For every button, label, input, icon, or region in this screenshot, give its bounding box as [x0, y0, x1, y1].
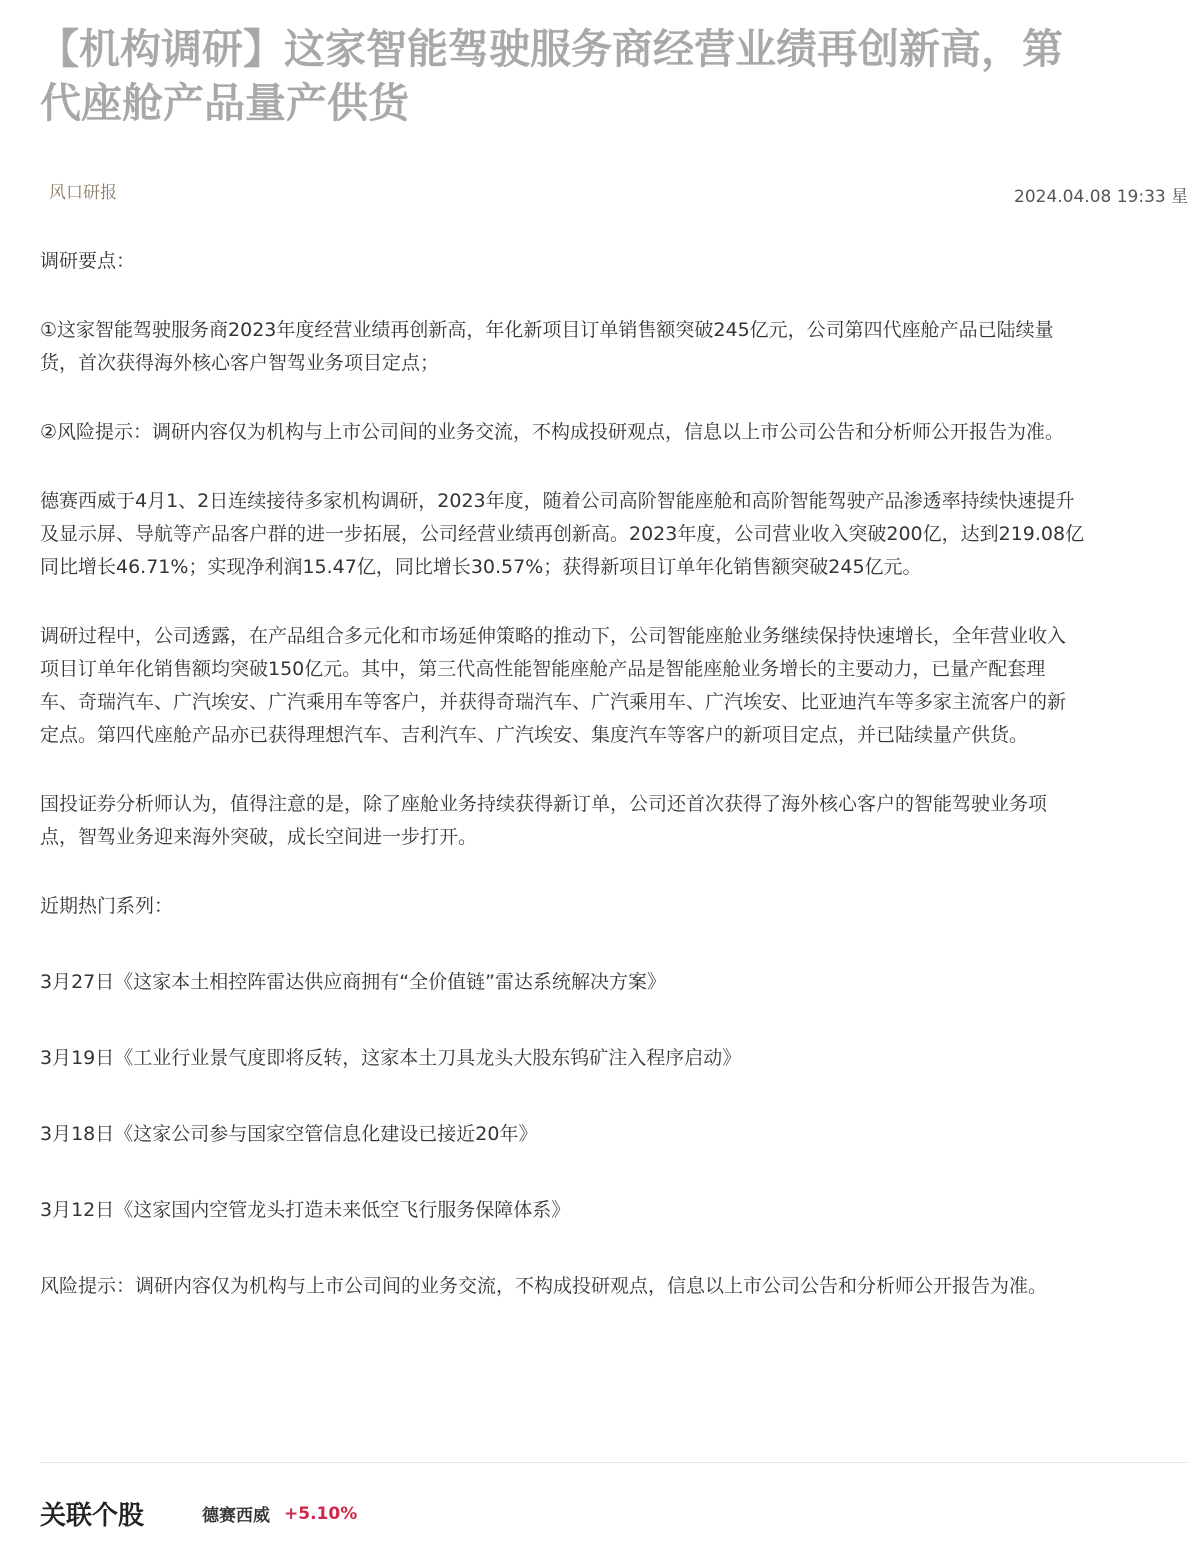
stock-name[interactable]: 德赛西威 [202, 1501, 270, 1526]
risk-notice: 风险提示：调研内容仅为机构与上市公司间的业务交流，不构成投研观点，信息以上市公司… [40, 1270, 1188, 1303]
hot-series-link[interactable]: 3月27日《这家本土相控阵雷达供应商拥有“全价值链”雷达系统解决方案》 [40, 966, 1188, 999]
article-datetime: 2024.04.08 19:33 星期 [1014, 182, 1188, 207]
article-body: 调研要点： ①这家智能驾驶服务商2023年度经营业绩再创新高，年化新项目订单销售… [40, 245, 1188, 1303]
key-points-heading: 调研要点： [40, 245, 1188, 278]
related-stocks: 关联个股 德赛西威 +5.10% [40, 1495, 357, 1532]
article-title: 【机构调研】这家智能驾驶服务商经营业绩再创新高，第 代座舱产品量产供货 [40, 22, 1188, 130]
hot-series-heading: 近期热门系列： [40, 890, 1188, 923]
hot-series-link[interactable]: 3月12日《这家国内空管龙头打造未来低空飞行服务保障体系》 [40, 1194, 1188, 1227]
paragraph-results: 德赛西威于4月1、2日连续接待多家机构调研，2023年度，随着公司高阶智能座舱和… [40, 485, 1188, 584]
paragraph-cockpit: 调研过程中，公司透露，在产品组合多元化和市场延伸策略的推动下，公司智能座舱业务继… [40, 620, 1188, 752]
hot-series-item[interactable]: 3月19日《工业行业景气度即将反转，这家本土刀具龙头大股东钨矿注入程序启动》 [40, 1042, 1188, 1075]
paragraph-analyst: 国投证券分析师认为，值得注意的是，除了座舱业务持续获得新订单，公司还首次获得了海… [40, 788, 1188, 854]
key-point-2: ②风险提示：调研内容仅为机构与上市公司间的业务交流，不构成投研观点，信息以上市公… [40, 416, 1188, 449]
article-title-line: 代座舱产品量产供货 [40, 76, 1188, 130]
related-stocks-heading: 关联个股 [40, 1495, 144, 1532]
section-divider [40, 1462, 1188, 1463]
hot-series-link[interactable]: 3月18日《这家公司参与国家空管信息化建设已接近20年》 [40, 1118, 1188, 1151]
hot-series-link[interactable]: 3月19日《工业行业景气度即将反转，这家本土刀具龙头大股东钨矿注入程序启动》 [40, 1042, 1188, 1075]
hot-series-item[interactable]: 3月12日《这家国内空管龙头打造未来低空飞行服务保障体系》 [40, 1194, 1188, 1227]
hot-series-item[interactable]: 3月18日《这家公司参与国家空管信息化建设已接近20年》 [40, 1118, 1188, 1151]
key-point-1: ①这家智能驾驶服务商2023年度经营业绩再创新高，年化新项目订单销售额突破245… [40, 314, 1188, 380]
hot-series-item[interactable]: 3月27日《这家本土相控阵雷达供应商拥有“全价值链”雷达系统解决方案》 [40, 966, 1188, 999]
article-source[interactable]: 风口研报 [49, 178, 117, 203]
stock-change-percent: +5.10% [284, 1504, 357, 1524]
article-title-line: 【机构调研】这家智能驾驶服务商经营业绩再创新高，第 [38, 22, 1188, 76]
